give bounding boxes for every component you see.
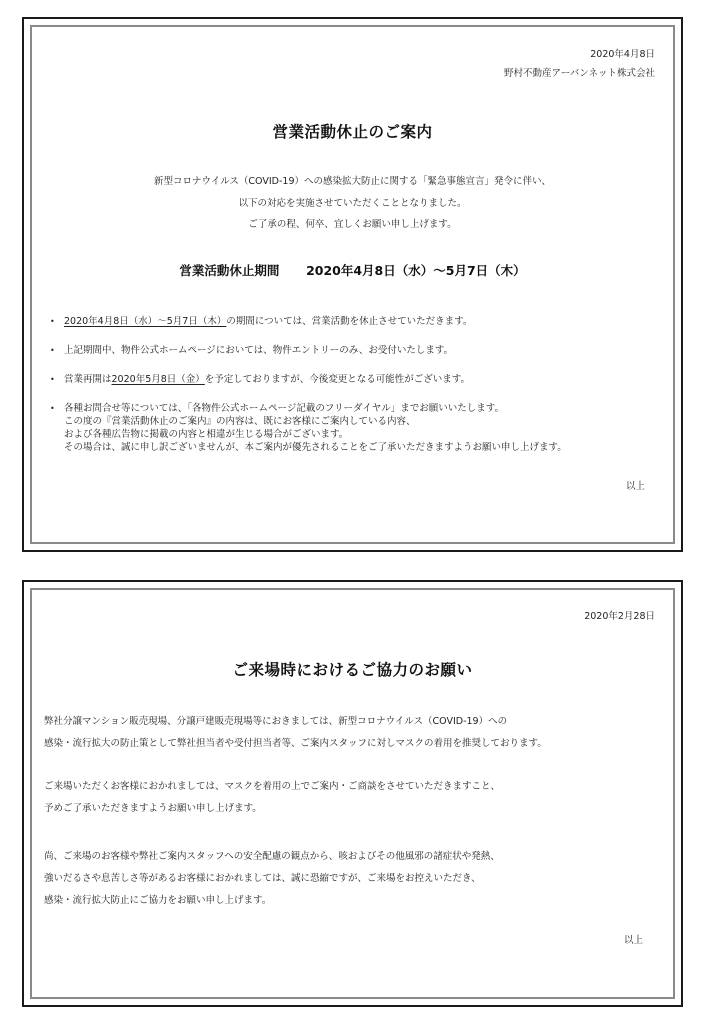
paragraph-2: ご来場いただくお客様におかれましては、マスクを着用の上でご案内・ご商談をさせてい…	[44, 776, 500, 820]
list-item: 2020年4月8日（水）〜5月7日（木）の期間については、営業活動を休止させてい…	[50, 315, 650, 328]
closing-text: 以上	[626, 480, 645, 493]
notice-date: 2020年4月8日	[590, 48, 655, 61]
paragraph-line: 予めご了承いただきますようお願い申し上げます。	[44, 798, 500, 820]
notice-visit-cooperation: 2020年2月28日 ご来場時におけるご協力のお願い 弊社分譲マンション販売現場…	[22, 580, 683, 1007]
list-item: 営業再開は2020年5月8日（金）を予定しておりますが、今後変更となる可能性がご…	[50, 373, 650, 386]
period-value: 2020年4月8日（水）〜5月7日（木）	[306, 263, 526, 278]
notice-date: 2020年2月28日	[584, 610, 655, 623]
paragraph-line: 感染・流行拡大防止にご協力をお願い申し上げます。	[44, 890, 500, 912]
paragraph-line: 感染・流行拡大の防止策として弊社担当者や受付担当者等、ご案内スタッフに対しマスク…	[44, 733, 547, 755]
list-item: 上記期間中、物件公式ホームページにおいては、物件エントリーのみ、お受付いたします…	[50, 344, 650, 357]
closing-text: 以上	[624, 934, 643, 947]
paragraph-1: 弊社分譲マンション販売現場、分譲戸建販売現場等におきましては、新型コロナウイルス…	[44, 711, 547, 755]
paragraph-line: 強いだるさや息苦しさ等があるお客様におかれましては、誠に恐縮ですが、ご来場をお控…	[44, 868, 500, 890]
paragraph-3: 尚、ご来場のお客様や弊社ご案内スタッフへの安全配慮の観点から、咳およびその他風邪…	[44, 846, 500, 912]
paragraph-line: ご来場いただくお客様におかれましては、マスクを着用の上でご案内・ご商談をさせてい…	[44, 776, 500, 798]
paragraph-line: 弊社分譲マンション販売現場、分譲戸建販売現場等におきましては、新型コロナウイルス…	[44, 711, 547, 733]
intro-line-3: ご了承の程、何卒、宜しくお願い申し上げます。	[24, 214, 681, 235]
notice-title: ご来場時におけるご協力のお願い	[24, 658, 681, 680]
bullet-line: この度の『営業活動休止のご案内』の内容は、既にお客様にご案内している内容、	[64, 415, 650, 428]
bullet-text: の期間については、営業活動を休止させていただきます。	[226, 316, 472, 327]
bullet-prefix: 営業再開は	[64, 374, 112, 385]
bullet-line: 各種お問合せ等については、「各物件公式ホームページ記載のフリーダイヤル」までお願…	[64, 402, 650, 415]
intro-line-2: 以下の対応を実施させていただくこととなりました。	[24, 193, 681, 214]
paragraph-line: 尚、ご来場のお客様や弊社ご案内スタッフへの安全配慮の観点から、咳およびその他風邪…	[44, 846, 500, 868]
reopen-date-underlined: 2020年5月8日（金）	[112, 374, 205, 385]
bullet-line: および各種広告物に掲載の内容と相違が生じる場合がございます。	[64, 428, 650, 441]
bullet-line: その場合は、誠に申し訳ございませんが、本ご案内が優先されることをご了承いただきま…	[64, 441, 650, 454]
company-name: 野村不動産アーバンネット株式会社	[504, 67, 655, 80]
intro-line-1: 新型コロナウイルス（COVID-19）への感染拡大防止に関する「緊急事態宣言」発…	[24, 171, 681, 192]
bullet-text: 上記期間中、物件公式ホームページにおいては、物件エントリーのみ、お受付いたします…	[64, 345, 453, 356]
notice-title: 営業活動休止のご案内	[24, 120, 681, 142]
period-label: 営業活動休止期間	[179, 263, 279, 278]
suspension-period: 営業活動休止期間 2020年4月8日（水）〜5月7日（木）	[24, 261, 681, 279]
notice-bullet-list: 2020年4月8日（水）〜5月7日（木）の期間については、営業活動を休止させてい…	[50, 315, 650, 470]
notice-business-suspension: 2020年4月8日 野村不動産アーバンネット株式会社 営業活動休止のご案内 新型…	[22, 17, 683, 552]
bullet-text: を予定しておりますが、今後変更となる可能性がございます。	[205, 374, 470, 385]
period-underlined: 2020年4月8日（水）〜5月7日（木）	[64, 316, 226, 327]
list-item: 各種お問合せ等については、「各物件公式ホームページ記載のフリーダイヤル」までお願…	[50, 402, 650, 454]
